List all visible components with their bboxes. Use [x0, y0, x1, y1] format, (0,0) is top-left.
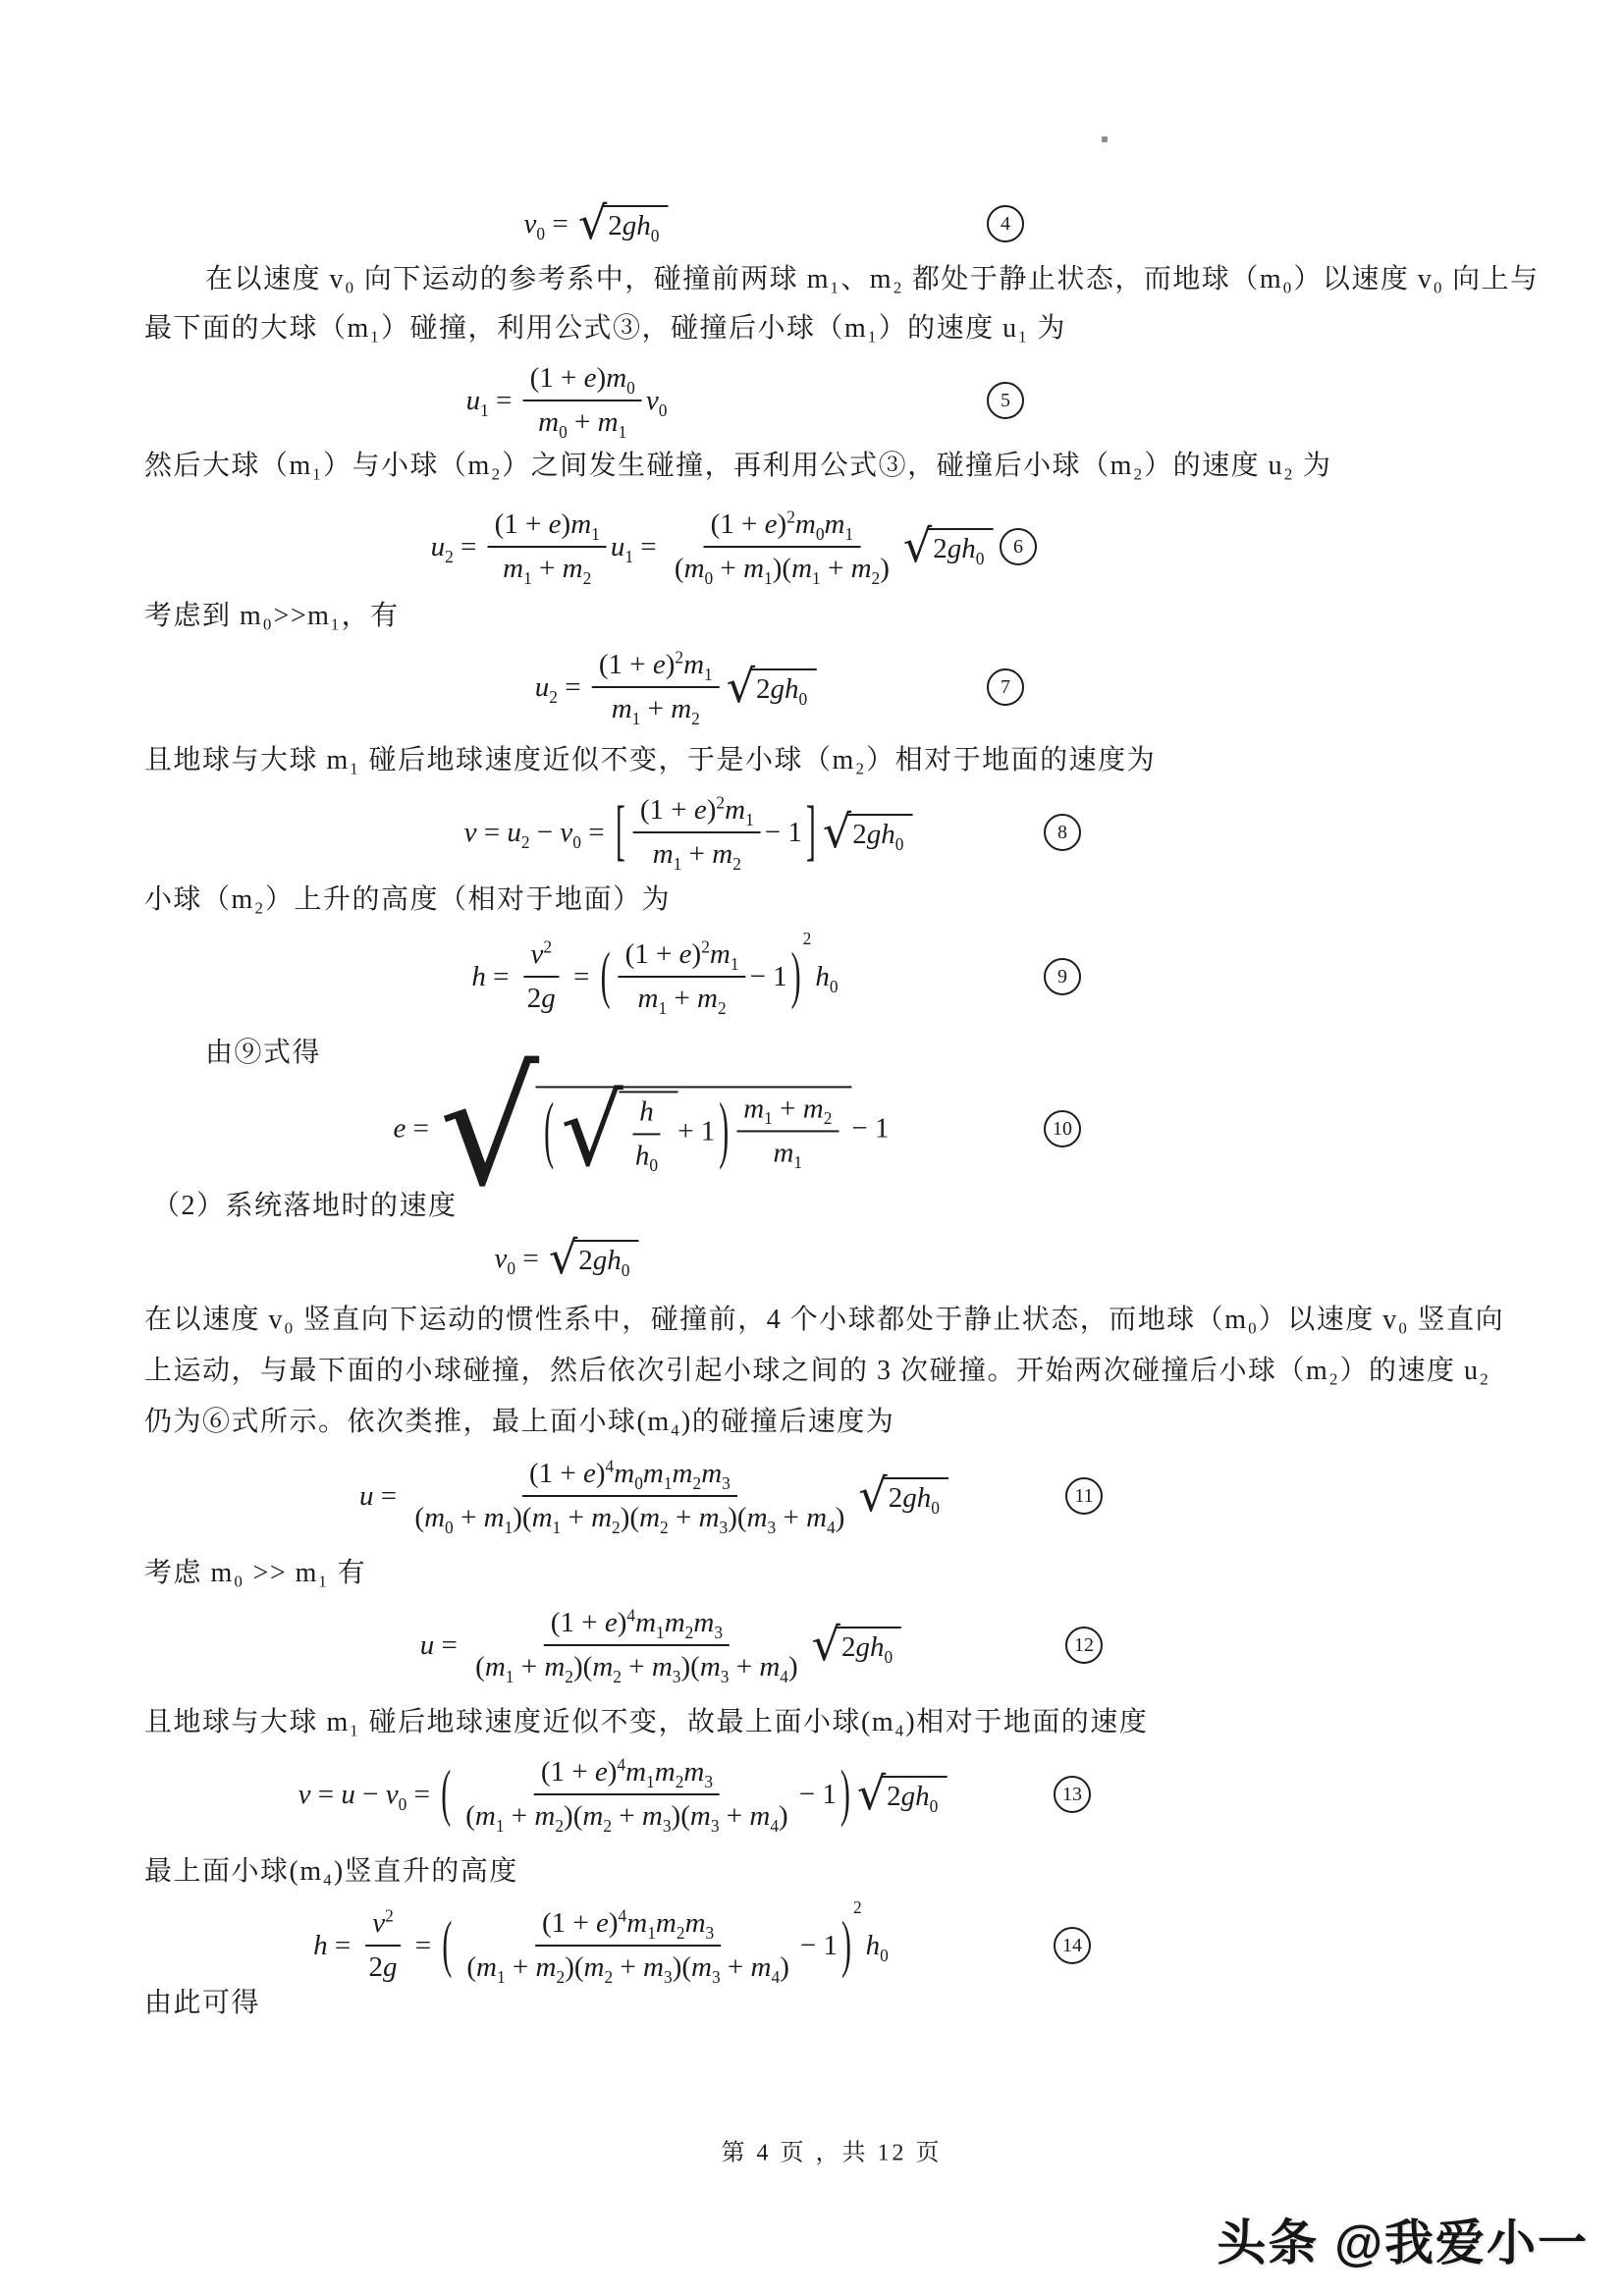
equation-number-9: 9: [1044, 958, 1081, 995]
formula-6: u2 = (1 + e)m1m1 + m2u1 = (1 + e)2m0m1(m…: [431, 508, 994, 585]
paragraph-5: 小球（m₂）上升的高度（相对于地面）为: [144, 878, 671, 917]
paragraph-3: 考虑到 m₀>>m₁，有: [144, 594, 400, 633]
watermark: 头条 @我爱小一: [1217, 2204, 1589, 2274]
paragraph-12: 由此可得: [144, 1981, 260, 2020]
paragraph-8-line-3: 仍为⑥式所示。依次类推，最上面小球(m₄)的碰撞后速度为: [144, 1400, 894, 1439]
equation-number-7: 7: [987, 668, 1024, 706]
formula-11: u = (1 + e)4m0m1m2m3(m0 + m1)(m1 + m2)(m…: [359, 1458, 948, 1534]
equation-number-10: 10: [1044, 1110, 1081, 1148]
paragraph-4: 且地球与大球 m₁ 碰后地球速度近似不变，于是小球（m₂）相对于地面的速度为: [144, 738, 1156, 777]
equation-number-8: 8: [1044, 814, 1081, 851]
document-content: v0 = √2gh0 4 在以速度 v₀ 向下运动的参考系中，碰撞前两球 m₁、…: [144, 0, 1519, 2296]
formula-5: u1 = (1 + e)m0m0 + m1v0: [466, 362, 668, 439]
paragraph-2: 然后大球（m₁）与小球（m₂）之间发生碰撞，再利用公式③，碰撞后小球（m₂）的速…: [144, 444, 1331, 483]
equation-number-11: 11: [1065, 1477, 1103, 1515]
equation-number-12: 12: [1065, 1627, 1103, 1664]
equation-number-6: 6: [1000, 528, 1037, 565]
formula-13: v = u − v0 = ((1 + e)4m1m2m3(m1 + m2)(m2…: [298, 1756, 947, 1833]
paragraph-9: 考虑 m₀ >> m₁ 有: [144, 1551, 366, 1590]
equation-number-4: 4: [987, 205, 1024, 242]
page-footer: 第 4 页 ，共 12 页: [144, 2133, 1519, 2167]
paragraph-8-line-1: 在以速度 v₀ 竖直向下运动的惯性系中，碰撞前，4 个小球都处于静止状态，而地球…: [144, 1298, 1504, 1337]
formula-10: e = √(√hh0+ 1)m1 + m2m1− 1: [393, 1064, 889, 1193]
scan-artifact-dot: [1102, 136, 1108, 142]
formula-12: u = (1 + e)4m1m2m3(m1 + m2)(m2 + m3)(m3 …: [420, 1607, 901, 1683]
equation-number-13: 13: [1054, 1776, 1091, 1813]
paragraph-1-line-2: 最下面的大球（m₁）碰撞，利用公式③，碰撞后小球（m₁）的速度 u₁ 为: [144, 306, 1066, 346]
paragraph-11: 最上面小球(m₄)竖直升的高度: [144, 1849, 518, 1889]
paragraph-8-line-2: 上运动，与最下面的小球碰撞，然后依次引起小球之间的 3 次碰撞。开始两次碰撞后小…: [144, 1349, 1490, 1388]
formula-8: v = u2 − v0 = [(1 + e)2m1m1 + m2− 1]√2gh…: [464, 794, 913, 871]
equation-number-14: 14: [1054, 1927, 1091, 1964]
paragraph-6: 由⑨式得: [205, 1031, 321, 1070]
paragraph-10: 且地球与大球 m₁ 碰后地球速度近似不变，故最上面小球(m₄)相对于地面的速度: [144, 1700, 1148, 1739]
formula-9: h = v22g = ((1 + e)2m1m1 + m2− 1)2h0: [471, 938, 838, 1015]
formula-v0: v0 = √2gh0: [495, 1240, 639, 1277]
equation-number-5: 5: [987, 382, 1024, 419]
formula-14: h = v22g = ((1 + e)4m1m2m3(m1 + m2)(m2 +…: [313, 1907, 889, 1984]
formula-7: u2 = (1 + e)2m1m1 + m2√2gh0: [535, 649, 817, 725]
formula-4: v0 = √2gh0: [524, 205, 669, 242]
document-page: v0 = √2gh0 4 在以速度 v₀ 向下运动的参考系中，碰撞前两球 m₁、…: [0, 0, 1624, 2296]
section-2-heading: （2）系统落地时的速度: [152, 1184, 458, 1223]
paragraph-1-line-1: 在以速度 v₀ 向下运动的参考系中，碰撞前两球 m₁、m₂ 都处于静止状态，而地…: [205, 257, 1540, 296]
